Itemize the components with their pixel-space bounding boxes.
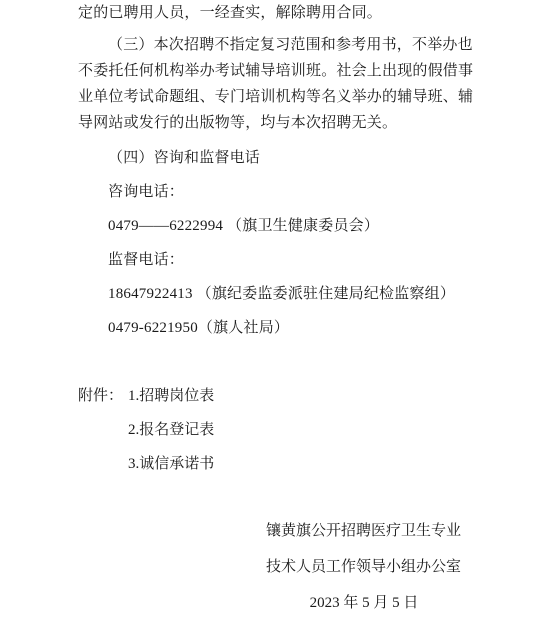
signature-block: 镶黄旗公开招聘医疗卫生专业 技术人员工作领导小组办公室 2023 年 5 月 5…: [266, 513, 462, 621]
signature-org-line: 镶黄旗公开招聘医疗卫生专业: [266, 513, 462, 549]
attachment-row: 附件： 1.招聘岗位表: [78, 379, 552, 413]
consult-phone-label: 咨询电话：: [78, 175, 552, 209]
signature-org-line: 技术人员工作领导小组办公室: [266, 549, 462, 585]
attachment-item: 1.招聘岗位表: [128, 379, 214, 413]
document-page: 定的已聘用人员，一经查实，解除聘用合同。 （三）本次招聘不指定复习范围和参考用书…: [0, 0, 552, 623]
paragraph-continuation-line: 定的已聘用人员，一经查实，解除聘用合同。: [78, 0, 552, 26]
attachments-block: 附件： 1.招聘岗位表 2.报名登记表 3.诚信承诺书: [78, 379, 552, 481]
section-3-line: 不委托任何机构举办考试辅导培训班。社会上出现的假借事: [78, 58, 552, 84]
signature-date: 2023 年 5 月 5 日: [266, 585, 462, 621]
supervise-phone-label: 监督电话：: [78, 243, 552, 277]
section-3-line: 业单位考试命题组、专门培训机构等名义举办的辅导班、辅: [78, 84, 552, 110]
section-3-paragraph: （三）本次招聘不指定复习范围和参考用书，不举办也 不委托任何机构举办考试辅导培训…: [78, 32, 552, 136]
document-content: 定的已聘用人员，一经查实，解除聘用合同。 （三）本次招聘不指定复习范围和参考用书…: [0, 0, 552, 621]
supervise-phone-number-1: 18647922413 （旗纪委监委派驻住建局纪检监察组）: [78, 277, 552, 311]
section-4-heading: （四）咨询和监督电话: [78, 141, 552, 175]
section-3-line: 导网站或发行的出版物等，均与本次招聘无关。: [78, 110, 552, 136]
attachment-item: 3.诚信承诺书: [78, 447, 552, 481]
consult-phone-number: 0479——6222994 （旗卫生健康委员会）: [78, 209, 552, 243]
section-3-line: （三）本次招聘不指定复习范围和参考用书，不举办也: [78, 32, 552, 58]
section-4-contact-block: （四）咨询和监督电话 咨询电话： 0479——6222994 （旗卫生健康委员会…: [78, 141, 552, 345]
attachment-item: 2.报名登记表: [78, 413, 552, 447]
attachments-label: 附件：: [78, 379, 128, 413]
supervise-phone-number-2: 0479-6221950（旗人社局）: [78, 311, 552, 345]
